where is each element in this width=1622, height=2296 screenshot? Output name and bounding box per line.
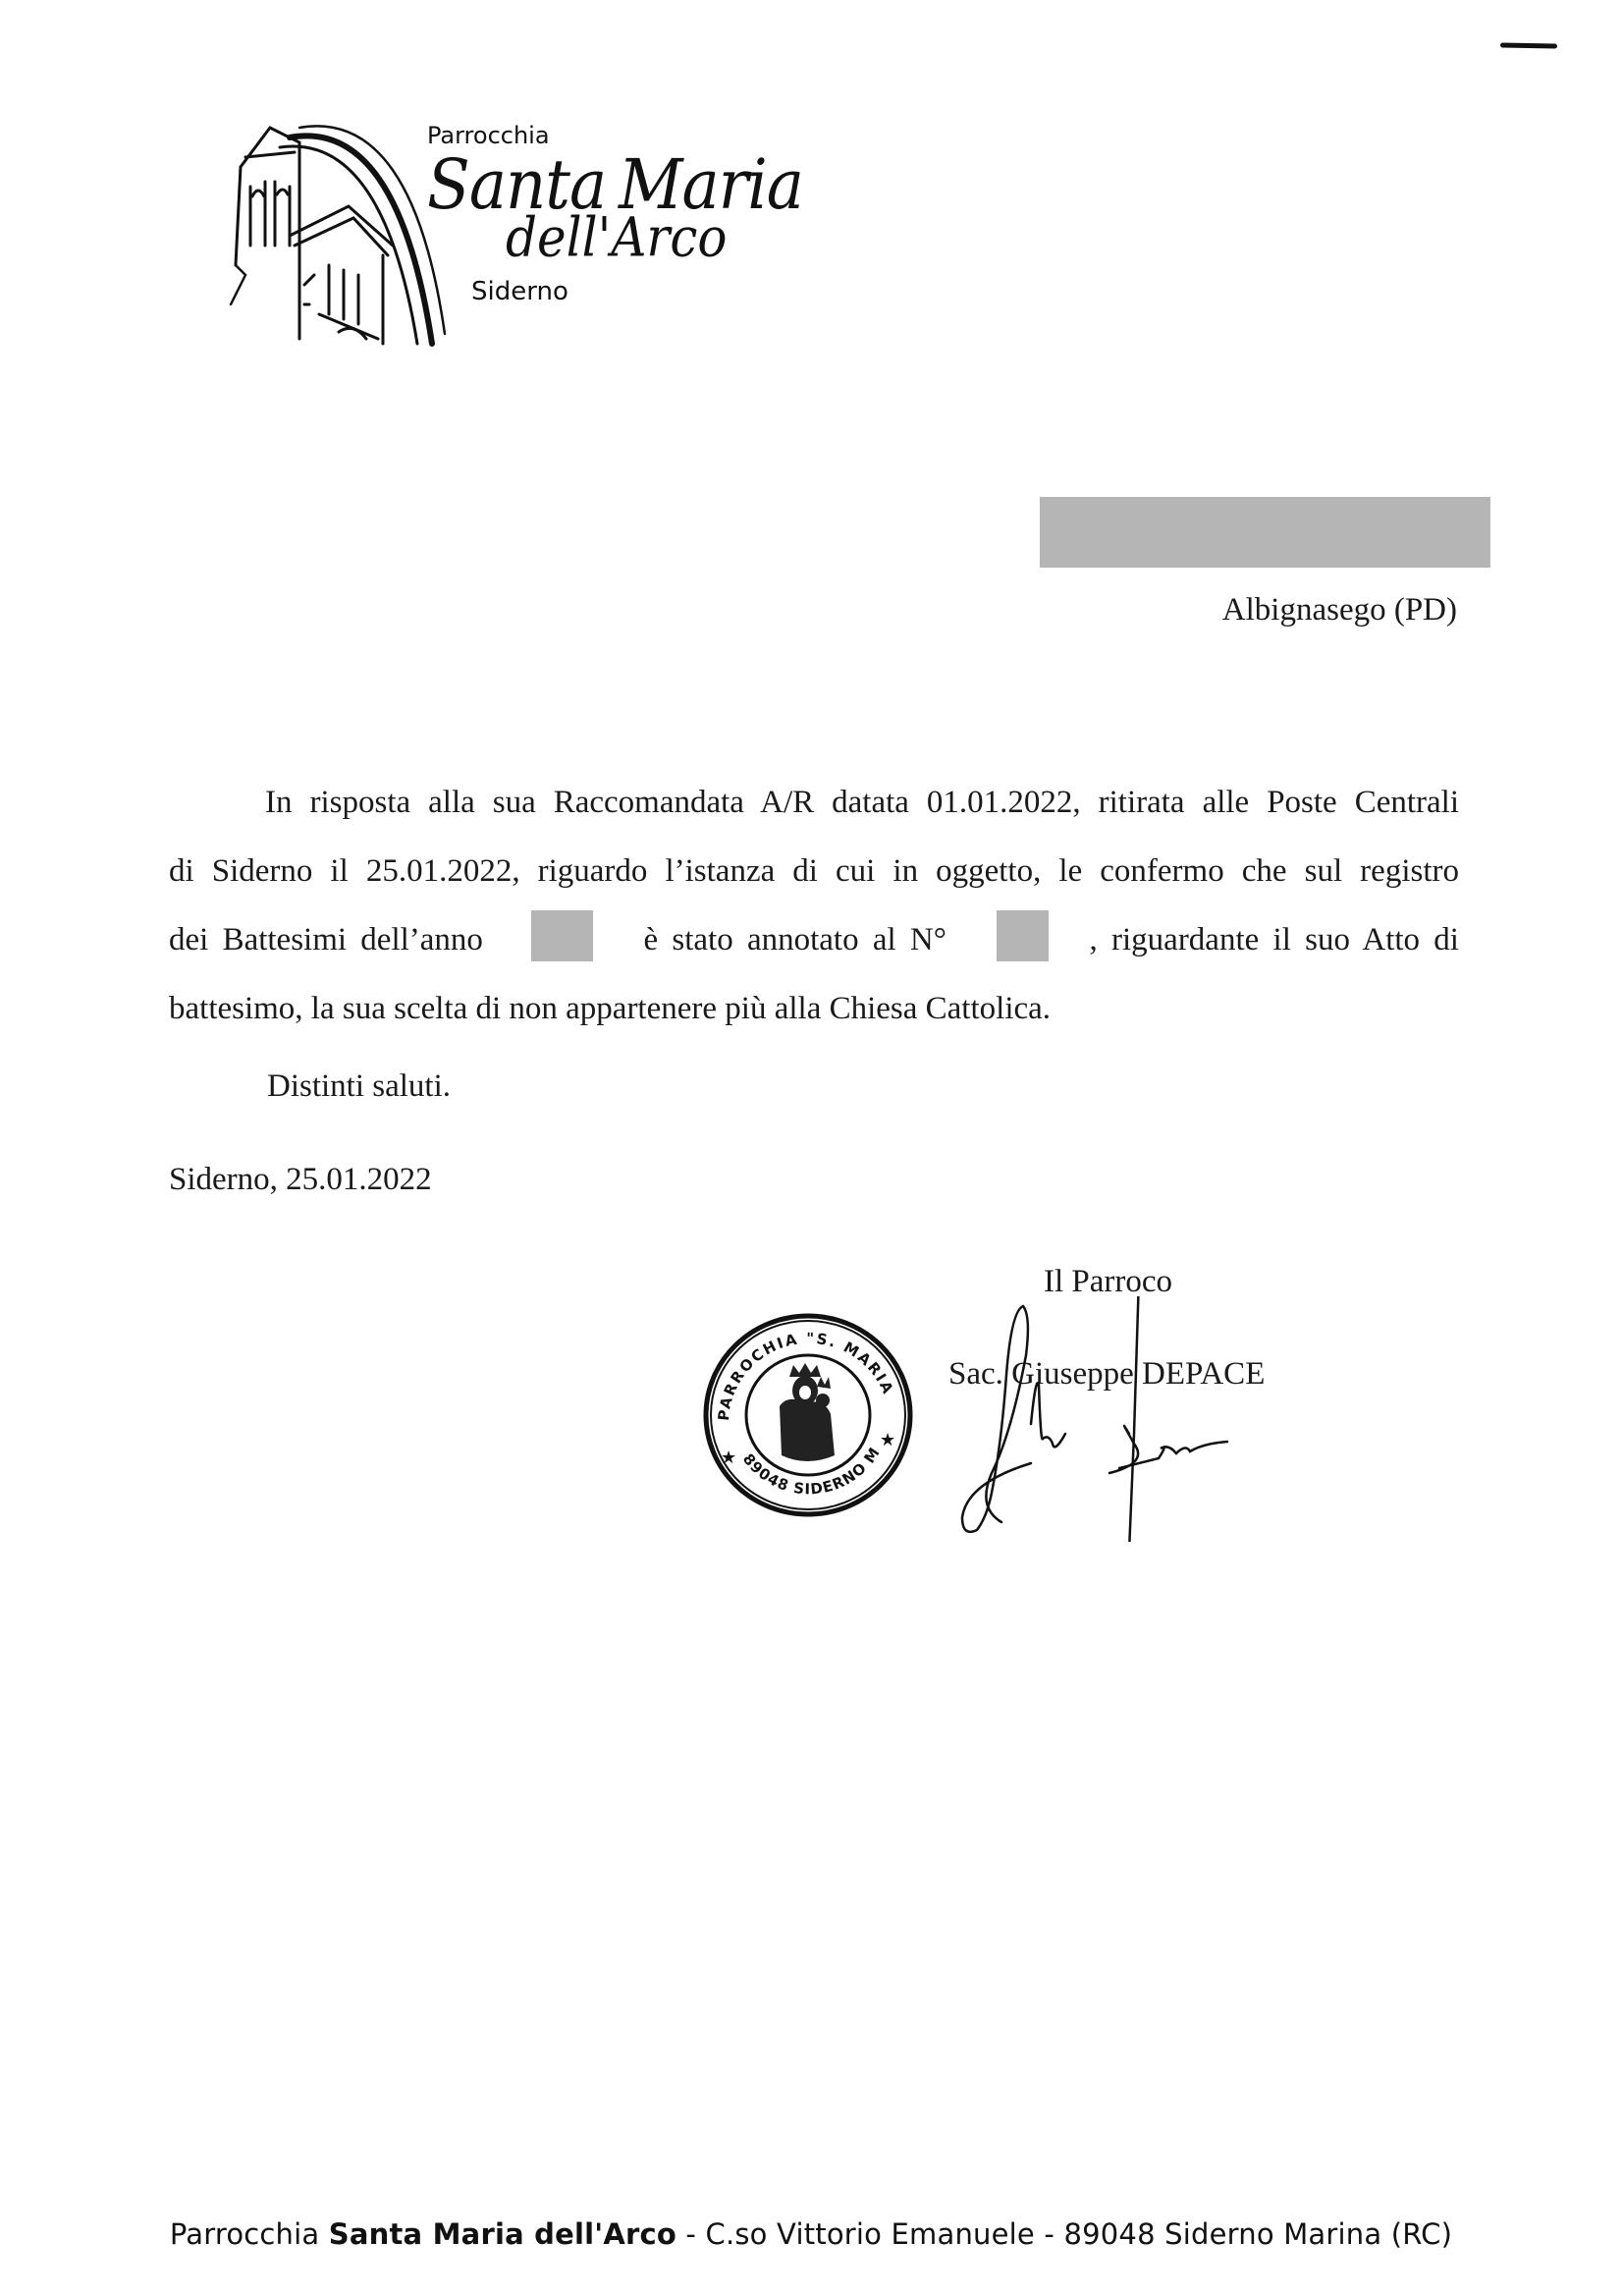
parish-logo: Parrocchia Santa Maria dell'Arco Siderno <box>221 108 790 354</box>
logo-dellarco-text: dell'Arco <box>506 206 727 269</box>
logo-city-text: Siderno <box>471 277 568 306</box>
recipient-city: Albignasego (PD) <box>1222 592 1457 629</box>
body-line-1: In risposta alla sua Raccomandata A/R da… <box>265 768 1459 837</box>
svg-text:★: ★ <box>880 1430 895 1449</box>
footer-address: Parrocchia Santa Maria dell'Arco - C.so … <box>0 2217 1622 2251</box>
body-line-3-part-c: , riguardante il suo Atto di <box>1090 905 1459 974</box>
svg-text:★: ★ <box>721 1448 736 1467</box>
footer-parish-name: Santa Maria dell'Arco <box>329 2217 676 2251</box>
footer-prefix: Parrocchia <box>170 2217 329 2251</box>
register-number-redacted <box>997 910 1049 961</box>
place-date: Siderno, 25.01.2022 <box>169 1162 432 1198</box>
handwritten-signature-icon <box>933 1296 1257 1542</box>
body-line-4: battesimo, la sua scelta di non apparten… <box>169 974 1459 1043</box>
body-line-3-part-b: è stato annotato al N° <box>644 905 946 974</box>
salutation: Distinti saluti. <box>267 1068 451 1105</box>
signature-title: Il Parroco <box>1044 1264 1172 1300</box>
body-line-3: dei Battesimi dell’anno è stato annotato… <box>169 905 1459 974</box>
baptism-year-redacted <box>531 910 593 961</box>
church-arch-drawing-icon <box>221 108 447 354</box>
body-line-2: di Siderno il 25.01.2022, riguardo l’ist… <box>169 837 1459 905</box>
footer-address-text: - C.so Vittorio Emanuele - 89048 Siderno… <box>676 2217 1452 2251</box>
recipient-name-redacted <box>1040 497 1490 568</box>
parish-stamp-icon: PARROCHIA "S. MARIA DELL'ARCO" 89048 SID… <box>699 1308 917 1522</box>
body-line-3-part-a: dei Battesimi dell’anno <box>169 905 483 974</box>
scan-mark <box>1500 42 1557 48</box>
